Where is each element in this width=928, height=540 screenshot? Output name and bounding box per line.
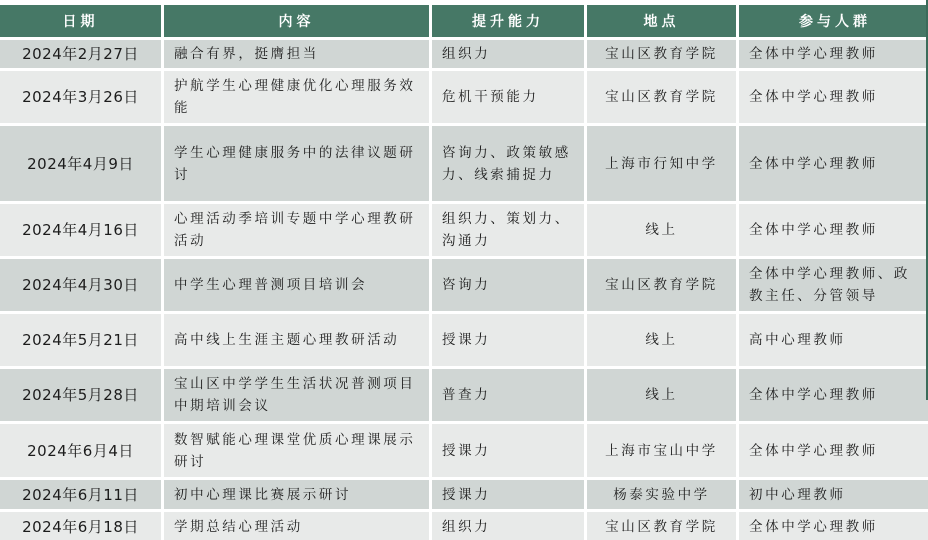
cell-location: 杨泰实验中学 <box>587 480 736 509</box>
header-ability: 提升能力 <box>432 5 584 37</box>
table-row: 2024年2月27日 融合有界，挺膺担当 组织力 宝山区教育学院 全体中学心理教… <box>0 40 928 68</box>
schedule-table-container: 日期 内容 提升能力 地点 参与人群 2024年2月27日 融合有界，挺膺担当 … <box>0 0 926 540</box>
cell-date: 2024年3月26日 <box>0 71 161 123</box>
table-row: 2024年4月30日 中学生心理普测项目培训会 咨询力 宝山区教育学院 全体中学… <box>0 259 928 311</box>
table-row: 2024年6月4日 数智赋能心理课堂优质心理课展示研讨 授课力 上海市宝山中学 … <box>0 424 928 477</box>
cell-location: 宝山区教育学院 <box>587 259 736 311</box>
cell-audience: 全体中学心理教师 <box>739 369 928 421</box>
cell-content: 心理活动季培训专题中学心理教研活动 <box>164 204 429 256</box>
cell-date: 2024年4月16日 <box>0 204 161 256</box>
cell-location: 宝山区教育学院 <box>587 512 736 540</box>
cell-ability: 咨询力、政策敏感力、线索捕捉力 <box>432 126 584 201</box>
cell-content: 学生心理健康服务中的法律议题研讨 <box>164 126 429 201</box>
table-header-row: 日期 内容 提升能力 地点 参与人群 <box>0 5 928 37</box>
cell-ability: 咨询力 <box>432 259 584 311</box>
cell-audience: 全体中学心理教师 <box>739 40 928 68</box>
header-content: 内容 <box>164 5 429 37</box>
cell-date: 2024年6月18日 <box>0 512 161 540</box>
cell-audience: 全体中学心理教师 <box>739 204 928 256</box>
cell-ability: 组织力、策划力、沟通力 <box>432 204 584 256</box>
cell-audience: 全体中学心理教师 <box>739 424 928 477</box>
table-row: 2024年3月26日 护航学生心理健康优化心理服务效能 危机干预能力 宝山区教育… <box>0 71 928 123</box>
cell-audience: 高中心理教师 <box>739 314 928 366</box>
table-row: 2024年5月28日 宝山区中学学生生活状况普测项目中期培训会议 普查力 线上 … <box>0 369 928 421</box>
table-row: 2024年6月18日 学期总结心理活动 组织力 宝山区教育学院 全体中学心理教师 <box>0 512 928 540</box>
cell-date: 2024年6月4日 <box>0 424 161 477</box>
cell-location: 上海市宝山中学 <box>587 424 736 477</box>
cell-content: 学期总结心理活动 <box>164 512 429 540</box>
cell-ability: 普查力 <box>432 369 584 421</box>
cell-date: 2024年6月11日 <box>0 480 161 509</box>
cell-audience: 全体中学心理教师、政教主任、分管领导 <box>739 259 928 311</box>
cell-date: 2024年5月28日 <box>0 369 161 421</box>
cell-location: 宝山区教育学院 <box>587 40 736 68</box>
cell-audience: 初中心理教师 <box>739 480 928 509</box>
cell-audience: 全体中学心理教师 <box>739 512 928 540</box>
table-row: 2024年4月9日 学生心理健康服务中的法律议题研讨 咨询力、政策敏感力、线索捕… <box>0 126 928 201</box>
cell-location: 宝山区教育学院 <box>587 71 736 123</box>
cell-location: 线上 <box>587 204 736 256</box>
training-schedule-table: 日期 内容 提升能力 地点 参与人群 2024年2月27日 融合有界，挺膺担当 … <box>0 2 928 540</box>
cell-content: 融合有界，挺膺担当 <box>164 40 429 68</box>
cell-ability: 授课力 <box>432 424 584 477</box>
cell-content: 护航学生心理健康优化心理服务效能 <box>164 71 429 123</box>
cell-ability: 危机干预能力 <box>432 71 584 123</box>
cell-content: 宝山区中学学生生活状况普测项目中期培训会议 <box>164 369 429 421</box>
cell-ability: 组织力 <box>432 512 584 540</box>
table-row: 2024年5月21日 高中线上生涯主题心理教研活动 授课力 线上 高中心理教师 <box>0 314 928 366</box>
cell-ability: 授课力 <box>432 314 584 366</box>
cell-content: 数智赋能心理课堂优质心理课展示研讨 <box>164 424 429 477</box>
cell-content: 初中心理课比赛展示研讨 <box>164 480 429 509</box>
table-row: 2024年6月11日 初中心理课比赛展示研讨 授课力 杨泰实验中学 初中心理教师 <box>0 480 928 509</box>
cell-audience: 全体中学心理教师 <box>739 126 928 201</box>
cell-location: 线上 <box>587 369 736 421</box>
header-audience: 参与人群 <box>739 5 928 37</box>
cell-content: 中学生心理普测项目培训会 <box>164 259 429 311</box>
cell-date: 2024年2月27日 <box>0 40 161 68</box>
cell-ability: 授课力 <box>432 480 584 509</box>
cell-date: 2024年4月9日 <box>0 126 161 201</box>
table-row: 2024年4月16日 心理活动季培训专题中学心理教研活动 组织力、策划力、沟通力… <box>0 204 928 256</box>
header-date: 日期 <box>0 5 161 37</box>
cell-date: 2024年5月21日 <box>0 314 161 366</box>
cell-date: 2024年4月30日 <box>0 259 161 311</box>
cell-audience: 全体中学心理教师 <box>739 71 928 123</box>
header-location: 地点 <box>587 5 736 37</box>
cell-location: 上海市行知中学 <box>587 126 736 201</box>
cell-location: 线上 <box>587 314 736 366</box>
cell-ability: 组织力 <box>432 40 584 68</box>
cell-content: 高中线上生涯主题心理教研活动 <box>164 314 429 366</box>
